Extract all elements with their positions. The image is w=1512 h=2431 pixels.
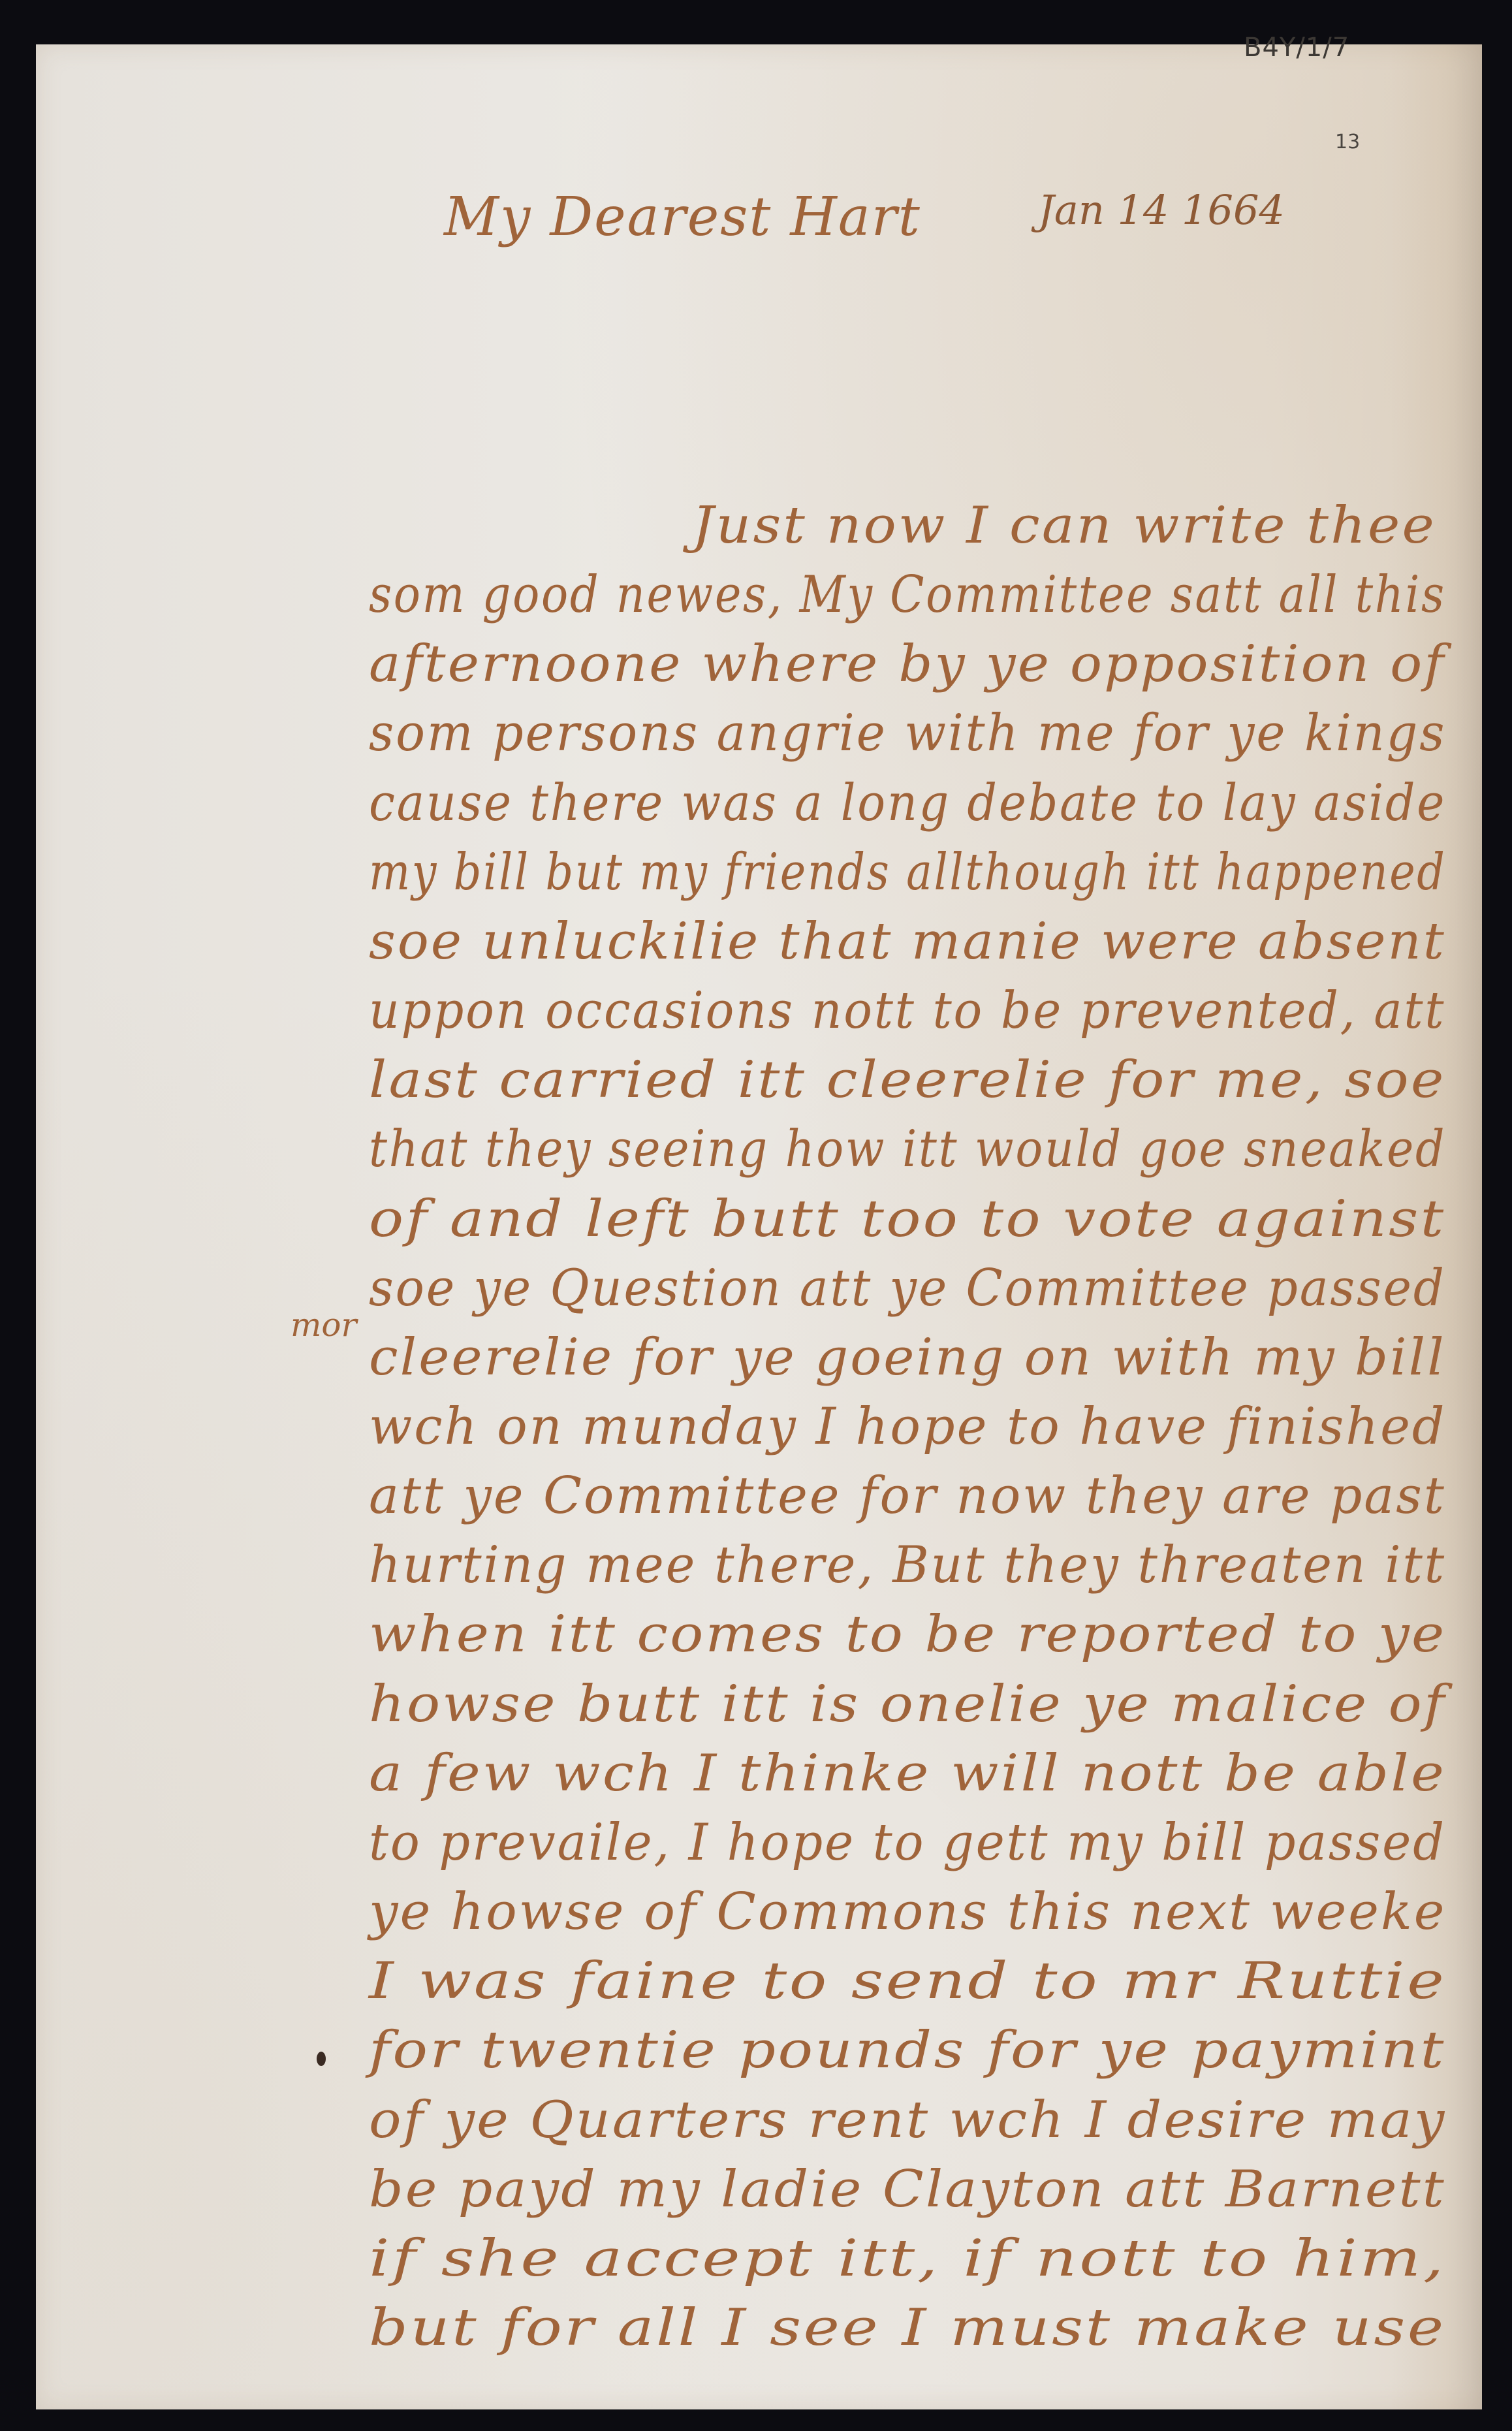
- letter-line: howse butt itt is onelie ye malice of: [369, 1675, 1447, 1734]
- letter-line: cleerelie for ye goeing on with my bill: [369, 1328, 1446, 1387]
- archive-reference: B4Y/1/7: [1244, 33, 1349, 63]
- letter-line: for twentie pounds for ye paymint: [369, 2021, 1446, 2080]
- letter-line: if she accept itt, if nott to him,: [369, 2229, 1446, 2288]
- letter-line: uppon occasions nott to be prevented, at…: [369, 981, 1445, 1040]
- letter-line: soe ye Question att ye Committee passed: [369, 1259, 1446, 1318]
- letter-line: of and left butt too to vote against: [369, 1190, 1446, 1248]
- ink-blot: [317, 2052, 326, 2066]
- salutation: My Dearest Hart: [444, 186, 921, 248]
- letter-line: ye howse of Commons this next weeke: [369, 1883, 1447, 1941]
- letter-line: last carried itt cleerelie for me, soe: [369, 1051, 1446, 1109]
- letter-line: att ye Committee for now they are past: [369, 1467, 1446, 1525]
- letter-line: to prevaile, I hope to gett my bill pass…: [369, 1813, 1446, 1872]
- letter-line: my bill but my friends allthough itt hap…: [369, 843, 1447, 902]
- letter-line: that they seeing how itt would goe sneak…: [369, 1120, 1446, 1179]
- letter-line: cause there was a long debate to lay asi…: [369, 774, 1446, 833]
- letter-line: but for all I see I must make use: [369, 2298, 1446, 2357]
- letter-line: I was faine to send to mr Ruttie: [369, 1952, 1447, 2010]
- letter-line: a few wch I thinke will nott be able: [369, 1744, 1446, 1803]
- letter-line: afternoone where by ye opposition of: [369, 635, 1446, 693]
- letter-line: soe unluckilie that manie were absent: [369, 912, 1446, 971]
- letter-line: of ye Quarters rent wch I desire may: [369, 2091, 1447, 2150]
- folio-number: 13: [1335, 131, 1360, 153]
- letter-line: wch on munday I hope to have finished: [369, 1397, 1446, 1456]
- letter-line: be payd my ladie Clayton att Barnett: [369, 2160, 1446, 2219]
- margin-note: mor: [291, 1306, 356, 1344]
- letter-line: Just now I can write thee: [692, 496, 1436, 555]
- letter-date: Jan 14 1664: [1038, 186, 1285, 234]
- letter-line: when itt comes to be reported to ye: [369, 1605, 1446, 1664]
- letter-line: som good newes, My Committee satt all th…: [369, 565, 1446, 624]
- letter-line: som persons angrie with me for ye kings: [369, 704, 1446, 763]
- letter-line: hurting mee there, But they threaten itt: [369, 1536, 1446, 1595]
